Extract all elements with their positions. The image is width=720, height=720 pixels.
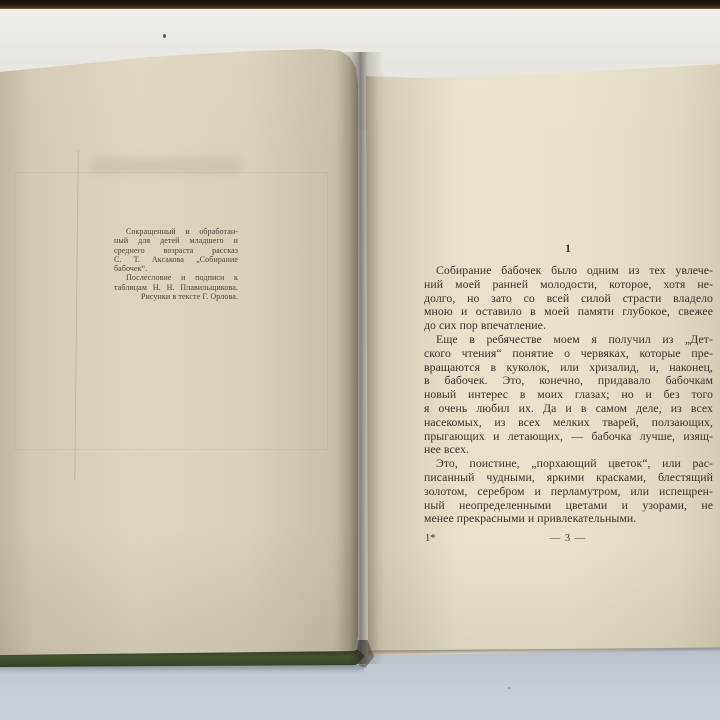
body-line: долго, но зато со всей силой страсти вла… bbox=[424, 292, 713, 306]
page-number: — 3 — bbox=[424, 533, 712, 544]
imprint-line: Рисунки в тексте Г. Орлова. bbox=[114, 292, 238, 301]
body-line: новый интерес в моих глазах; но и без то… bbox=[424, 388, 713, 402]
page-crease bbox=[74, 150, 78, 480]
page-footer: 1* — 3 — bbox=[424, 533, 712, 547]
body-line: прыгающих и летающих, — бабочка лучше, и… bbox=[424, 430, 713, 444]
show-through-rectangle bbox=[14, 172, 328, 450]
imprint-line: Сокращенный и обработан- bbox=[114, 227, 238, 236]
body-line: Собирание бабочек было одним из тех увле… bbox=[424, 264, 713, 278]
show-through-text-smudge bbox=[92, 158, 242, 174]
imprint-note: Сокращенный и обработан-ный для детей мл… bbox=[114, 227, 238, 301]
right-page bbox=[360, 0, 720, 660]
body-line: Еще в ребячестве моем я получил из „Дет- bbox=[424, 333, 713, 347]
left-page bbox=[0, 0, 362, 660]
body-line: нее всех. bbox=[424, 443, 713, 457]
body-line: ского чтения“ понятие о червяках, которы… bbox=[424, 347, 713, 361]
body-line: ний моей ранней молодости, которое, хотя… bbox=[424, 278, 713, 292]
wall-background bbox=[0, 9, 720, 129]
body-line: менее прекрасными и привлекательными. bbox=[424, 512, 713, 526]
imprint-line: таблицам Н. Н. Плавильщикова. bbox=[114, 283, 238, 292]
book-shadow bbox=[0, 665, 364, 673]
body-text: Собирание бабочек было одним из тех увле… bbox=[424, 264, 713, 526]
body-line: ный неопределенными цветами и узорами, н… bbox=[424, 499, 713, 513]
body-line: писанный чудными, яркими красками, блест… bbox=[424, 471, 713, 485]
body-line: в бабочек. Это, конечно, придавало бабоч… bbox=[424, 374, 713, 388]
imprint-line: С. Т. Аксакова „Собирание bbox=[114, 255, 238, 264]
right-page-edge-shadow bbox=[368, 647, 720, 654]
gutter-shadow bbox=[336, 52, 384, 664]
wall-speck bbox=[163, 34, 166, 38]
body-line: вращаются в куколок, или хризалид, и, на… bbox=[424, 361, 713, 375]
imprint-line: Послесловие и подписи к bbox=[114, 273, 238, 282]
table-speck bbox=[508, 687, 510, 689]
imprint-line: ный для детей младшего и bbox=[114, 236, 238, 245]
body-line: мною и оставило в моей памяти глубокое, … bbox=[424, 305, 713, 319]
shelf-edge-strip bbox=[0, 0, 720, 9]
signature-mark: 1* bbox=[425, 533, 436, 544]
body-line: золотом, серебром и перламутром, или исп… bbox=[424, 485, 713, 499]
body-line: насекомых, из всех мелких тварей, ползаю… bbox=[424, 416, 713, 430]
body-line: я очень любил их. Да и в самом деле, из … bbox=[424, 402, 713, 416]
spine-bottom-notch bbox=[352, 640, 374, 668]
photo-open-book: Сокращенный и обработан-ный для детей мл… bbox=[0, 0, 720, 720]
imprint-line: среднего возраста рассказ bbox=[114, 246, 238, 255]
book-cover-green-edge bbox=[0, 648, 366, 668]
body-line: до сих пор впечатление. bbox=[424, 319, 713, 333]
table-surface bbox=[0, 640, 720, 720]
imprint-line: бабочек“. bbox=[114, 264, 238, 273]
body-line: Это, поистине, „порхающий цветок“, или р… bbox=[424, 457, 713, 471]
chapter-number: 1 bbox=[424, 243, 712, 255]
